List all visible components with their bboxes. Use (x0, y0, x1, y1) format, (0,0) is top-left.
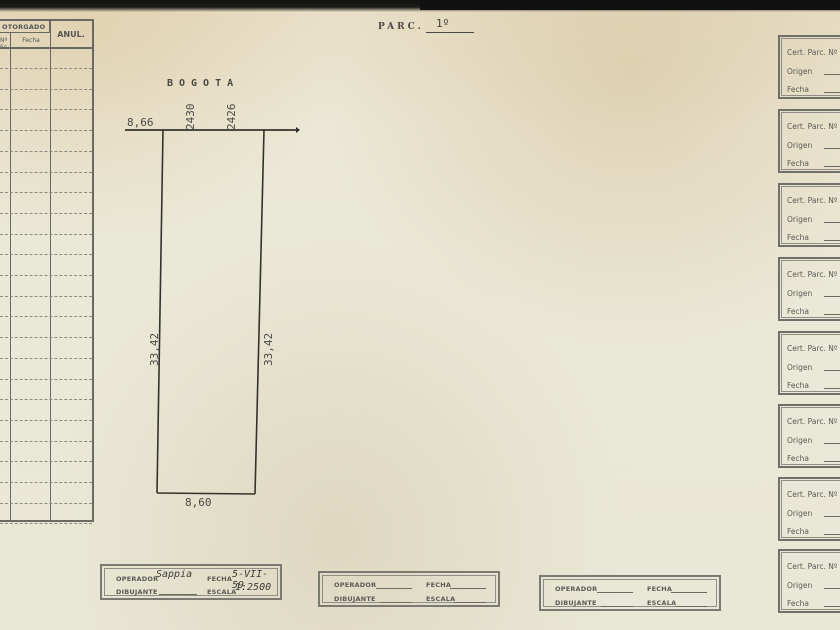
fecha-line (671, 585, 707, 593)
origen-label: Origen (787, 289, 812, 298)
origen-line (824, 296, 840, 297)
front-mark-1: 2430 (184, 104, 197, 131)
cert-card-3: Cert. Parc. Nº Origen Fecha (778, 183, 840, 247)
cert-title: Cert. Parc. Nº (787, 562, 837, 571)
dibujante-label: DIBUJANTE (334, 595, 376, 603)
escala-label: ESCALA (426, 595, 455, 603)
fecha-label: Fecha (787, 233, 809, 242)
fecha-line (824, 388, 840, 389)
right-side-dimension: 33,42 (262, 333, 275, 366)
cert-title: Cert. Parc. Nº (787, 490, 837, 499)
fecha-line (450, 581, 486, 589)
operador-line (597, 585, 633, 593)
escala-value: 1:2500 (235, 582, 271, 593)
cert-card-7: Cert. Parc. Nº Origen Fecha (778, 477, 840, 541)
escala-line (454, 595, 486, 603)
cert-title: Cert. Parc. Nº (787, 48, 837, 57)
back-dimension: 8,60 (185, 496, 212, 509)
parcel-outline (0, 0, 840, 630)
operator-stamp-1: OPERADOR Sappia FECHA 5-VII-59 DIBUJANTE… (100, 564, 282, 600)
fecha-line (824, 166, 840, 167)
origen-line (824, 588, 840, 589)
origen-label: Origen (787, 581, 812, 590)
operador-label: OPERADOR (116, 575, 158, 583)
dibujante-line (159, 587, 197, 595)
dibujante-label: DIBUJANTE (116, 588, 158, 596)
fecha-line (824, 461, 840, 462)
origen-line (824, 222, 840, 223)
cert-card-5: Cert. Parc. Nº Origen Fecha (778, 331, 840, 395)
dibujante-label: DIBUJANTE (555, 599, 597, 607)
operador-value: Sappia (156, 569, 192, 580)
operator-stamp-3: OPERADOR FECHA DIBUJANTE ESCALA (539, 575, 721, 611)
cert-title: Cert. Parc. Nº (787, 196, 837, 205)
cert-title: Cert. Parc. Nº (787, 417, 837, 426)
cert-card-8: Cert. Parc. Nº Origen Fecha (778, 549, 840, 613)
fecha-label: Fecha (787, 381, 809, 390)
fecha-label: Fecha (787, 159, 809, 168)
origen-label: Origen (787, 509, 812, 518)
fecha-label: Fecha (787, 599, 809, 608)
origen-line (824, 74, 840, 75)
origen-line (824, 443, 840, 444)
cert-card-2: Cert. Parc. Nº Origen Fecha (778, 109, 840, 173)
fecha-line (824, 606, 840, 607)
cert-card-4: Cert. Parc. Nº Origen Fecha (778, 257, 840, 321)
front-left-dimension: 8,66 (127, 116, 154, 129)
escala-line (675, 599, 707, 607)
fecha-label: Fecha (787, 307, 809, 316)
origen-label: Origen (787, 436, 812, 445)
origen-label: Origen (787, 67, 812, 76)
fecha-line (824, 240, 840, 241)
cert-title: Cert. Parc. Nº (787, 122, 837, 131)
fecha-line (824, 314, 840, 315)
front-mark-2: 2426 (225, 104, 238, 131)
origen-label: Origen (787, 363, 812, 372)
escala-label: ESCALA (207, 588, 236, 596)
fecha-label: FECHA (647, 585, 672, 593)
fecha-line (824, 92, 840, 93)
escala-label: ESCALA (647, 599, 676, 607)
fecha-label: Fecha (787, 85, 809, 94)
fecha-line (824, 534, 840, 535)
fecha-label: Fecha (787, 454, 809, 463)
cert-card-6: Cert. Parc. Nº Origen Fecha (778, 404, 840, 468)
operator-stamp-2: OPERADOR FECHA DIBUJANTE ESCALA (318, 571, 500, 607)
operador-line (376, 581, 412, 589)
origen-line (824, 148, 840, 149)
origen-line (824, 370, 840, 371)
fecha-label: Fecha (787, 527, 809, 536)
origen-label: Origen (787, 215, 812, 224)
dibujante-line (380, 595, 412, 603)
left-side-dimension: 33,42 (148, 333, 161, 366)
cert-card-1: Cert. Parc. Nº Origen Fecha (778, 35, 840, 99)
fecha-label: FECHA (426, 581, 451, 589)
operador-label: OPERADOR (555, 585, 597, 593)
fecha-label: FECHA (207, 575, 232, 583)
operador-label: OPERADOR (334, 581, 376, 589)
origen-label: Origen (787, 141, 812, 150)
cert-title: Cert. Parc. Nº (787, 344, 837, 353)
dibujante-line (601, 599, 633, 607)
origen-line (824, 516, 840, 517)
cert-title: Cert. Parc. Nº (787, 270, 837, 279)
